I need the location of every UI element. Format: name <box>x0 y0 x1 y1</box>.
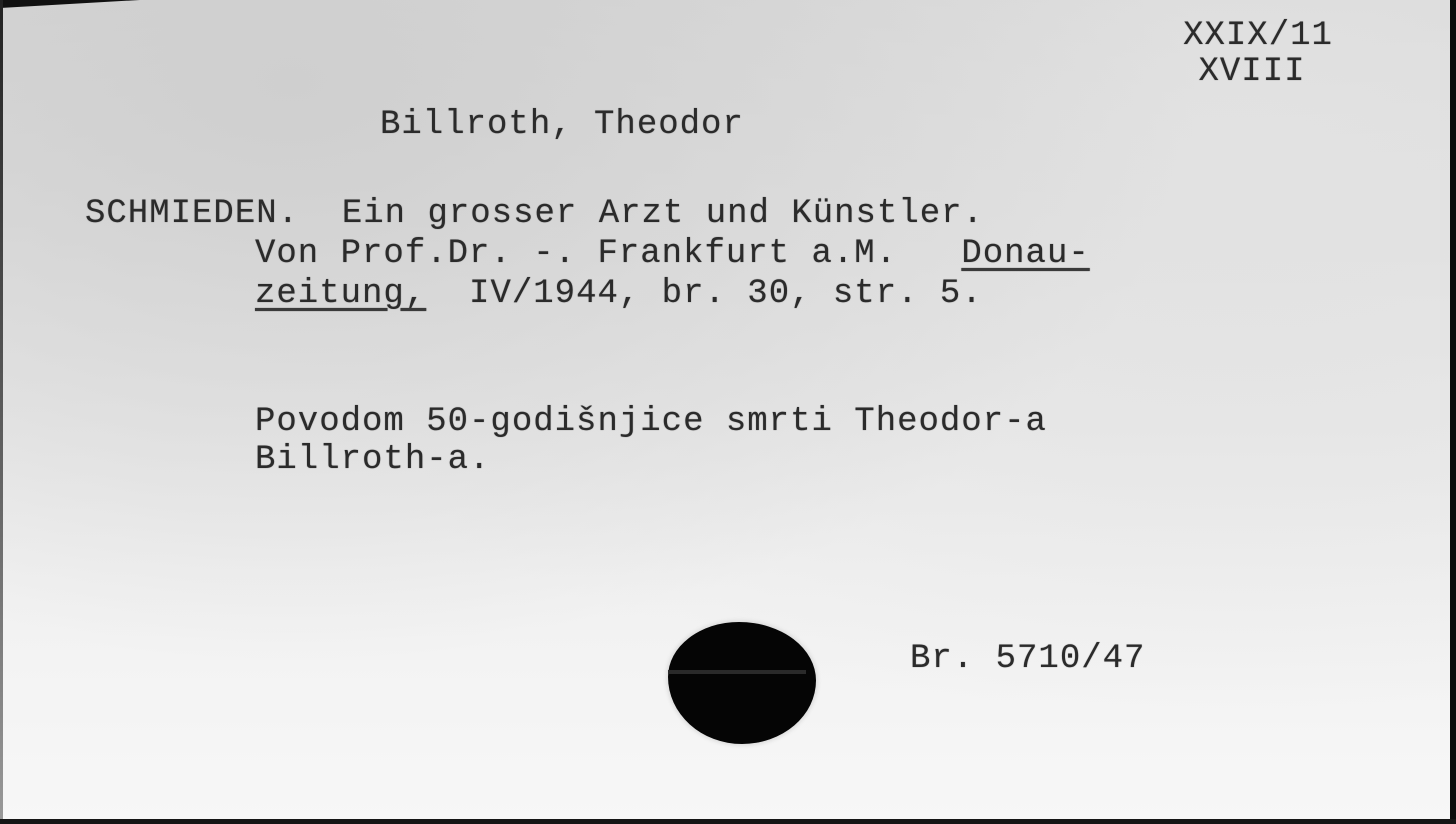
entry-line-1: SCHMIEDEN. Ein grosser Arzt und Künstler… <box>85 196 984 232</box>
subject-heading: Billroth, Theodor <box>380 106 744 144</box>
note-line-1: Povodom 50-godišnjice smrti Theodor-a <box>255 404 1047 440</box>
punch-hole <box>668 622 816 744</box>
entry-statement: Von Prof.Dr. -. Frankfurt a.M. <box>255 235 897 273</box>
scan-edge-right <box>1450 0 1456 824</box>
catalog-card: XXIX/11 XVIII Billroth, Theodor SCHMIEDE… <box>0 0 1456 824</box>
call-number-line-2: XVIII <box>1152 54 1352 90</box>
scan-edge-top <box>0 0 140 8</box>
accession-number: Br. 5710/47 <box>910 640 1145 678</box>
entry-source-part2: zeitung, <box>255 275 426 313</box>
note-line-2: Billroth-a. <box>255 442 490 478</box>
entry-author: SCHMIEDEN. <box>85 195 299 233</box>
entry-line-2: Von Prof.Dr. -. Frankfurt a.M. Donau- <box>255 236 1090 272</box>
entry-line-3: zeitung, IV/1944, br. 30, str. 5. <box>255 276 983 312</box>
scan-edge-bottom <box>0 819 1456 824</box>
scan-edge-left <box>0 0 3 824</box>
entry-title: Ein grosser Arzt und Künstler. <box>342 195 984 233</box>
entry-source-part1: Donau- <box>961 235 1089 273</box>
call-number-line-1: XXIX/11 <box>1158 18 1358 54</box>
entry-issue: IV/1944, br. 30, str. 5. <box>469 275 983 313</box>
